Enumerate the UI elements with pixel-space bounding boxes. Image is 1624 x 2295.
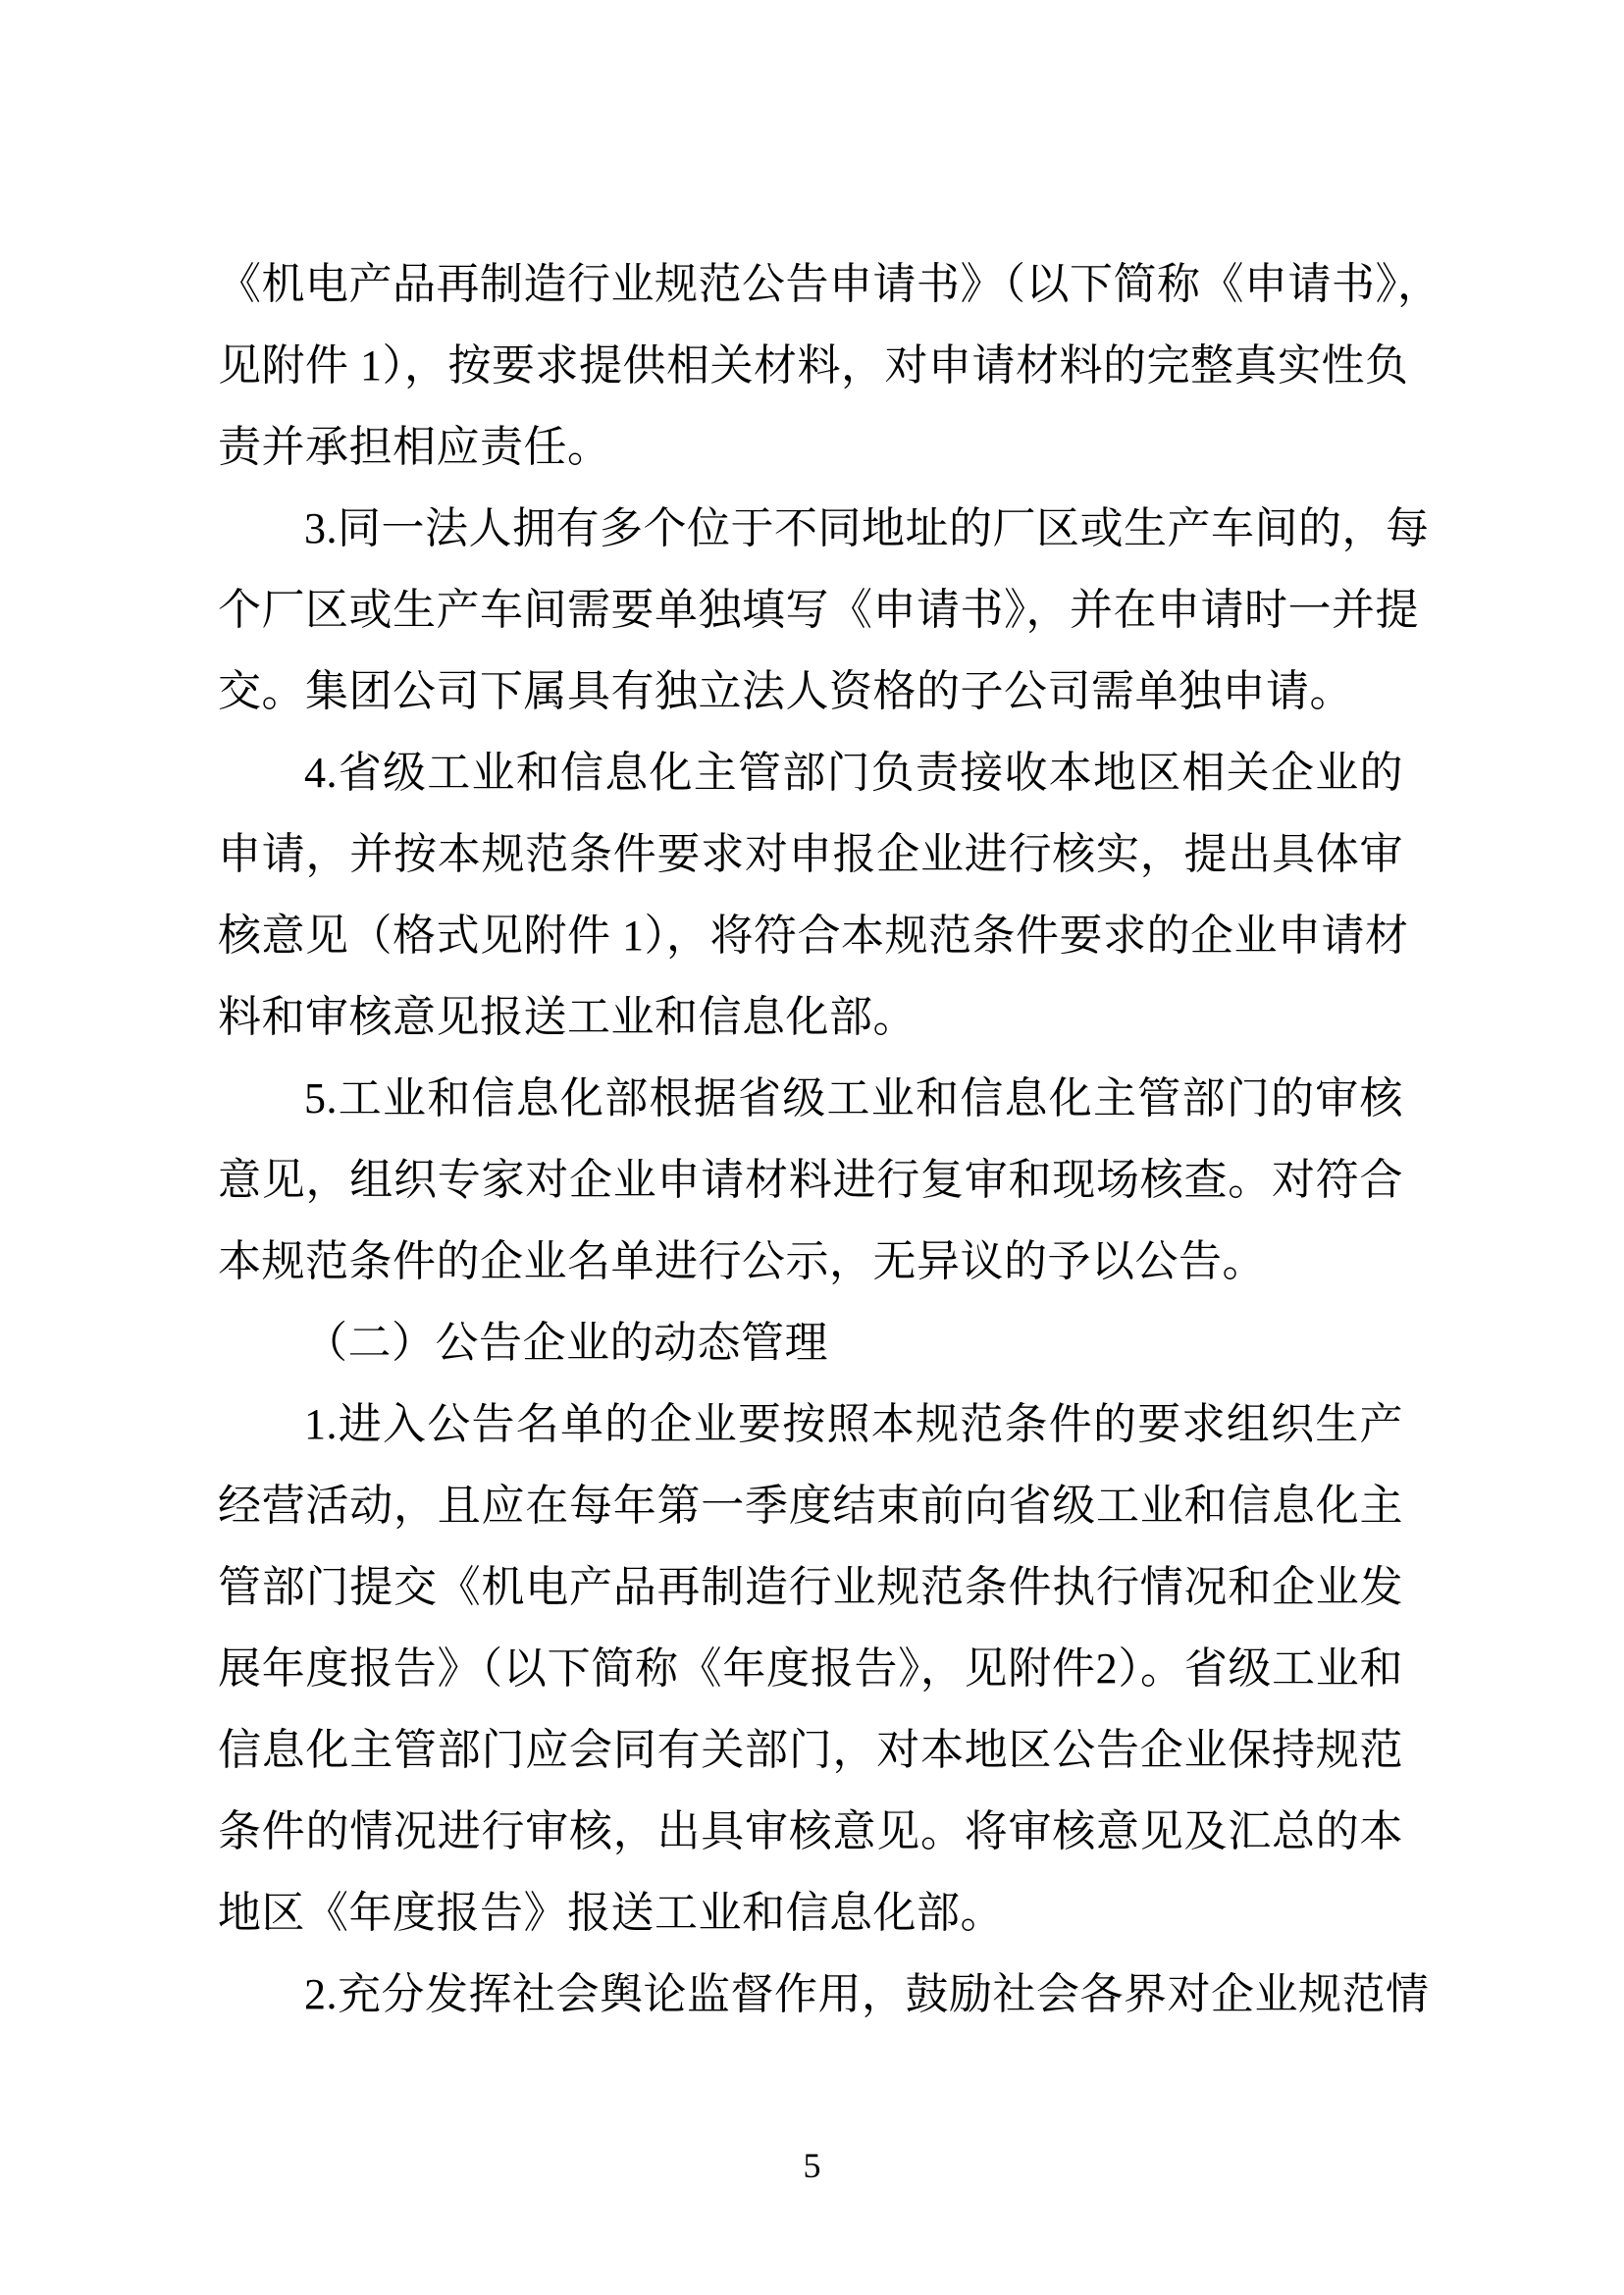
body-line: 料和审核意见报送工业和信息化部。 [218, 976, 1403, 1058]
body-line: （二）公告企业的动态管理 [218, 1302, 1403, 1383]
body-line: 4.省级工业和信息化主管部门负责接收本地区相关企业的 [218, 732, 1403, 813]
body-line: 本规范条件的企业名单进行公示，无异议的予以公告。 [218, 1221, 1403, 1302]
body-line: 地区《年度报告》报送工业和信息化部。 [218, 1872, 1403, 1954]
body-line: 核意见（格式见附件 1），将符合本规范条件要求的企业申请材 [218, 895, 1403, 976]
body-line: 展年度报告》（以下简称《年度报告》，见附件2）。省级工业和 [218, 1628, 1403, 1709]
body-line: 管部门提交《机电产品再制造行业规范条件执行情况和企业发 [218, 1546, 1403, 1628]
body-line: 经营活动，且应在每年第一季度结束前向省级工业和信息化主 [218, 1465, 1403, 1546]
body-line: 信息化主管部门应会同有关部门，对本地区公告企业保持规范 [218, 1709, 1403, 1791]
body-line: 5.工业和信息化部根据省级工业和信息化主管部门的审核 [218, 1058, 1403, 1139]
body-text-block: 《机电产品再制造行业规范公告申请书》（以下简称《申请书》， 见附件 1），按要求… [218, 243, 1403, 2035]
body-line: 《机电产品再制造行业规范公告申请书》（以下简称《申请书》， [218, 243, 1403, 325]
body-line: 1.进入公告名单的企业要按照本规范条件的要求组织生产 [218, 1383, 1403, 1465]
body-line: 3.同一法人拥有多个位于不同地址的厂区或生产车间的，每 [218, 488, 1403, 569]
body-line: 交。集团公司下属具有独立法人资格的子公司需单独申请。 [218, 651, 1403, 732]
document-page: 《机电产品再制造行业规范公告申请书》（以下简称《申请书》， 见附件 1），按要求… [0, 0, 1624, 2295]
body-line: 意见，组织专家对企业申请材料进行复审和现场核查。对符合 [218, 1139, 1403, 1221]
body-line: 2.充分发挥社会舆论监督作用，鼓励社会各界对企业规范情 [218, 1954, 1403, 2035]
body-line: 责并承担相应责任。 [218, 406, 1403, 488]
body-line: 申请，并按本规范条件要求对申报企业进行核实，提出具体审 [218, 813, 1403, 895]
body-line: 条件的情况进行审核，出具审核意见。将审核意见及汇总的本 [218, 1791, 1403, 1872]
body-line: 见附件 1），按要求提供相关材料，对申请材料的完整真实性负 [218, 325, 1403, 406]
body-line: 个厂区或生产车间需要单独填写《申请书》，并在申请时一并提 [218, 569, 1403, 651]
page-number: 5 [0, 2144, 1624, 2187]
